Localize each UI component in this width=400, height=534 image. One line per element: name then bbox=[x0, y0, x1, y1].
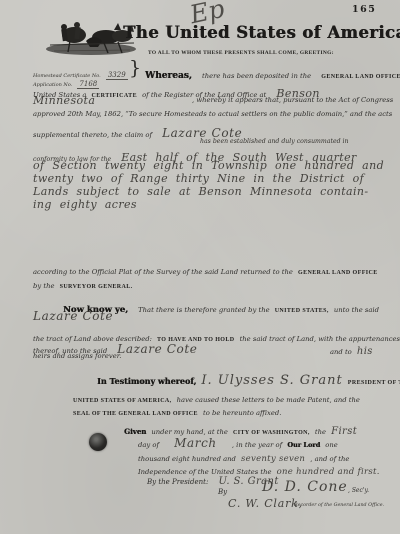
by-president-label: By the President: bbox=[147, 478, 208, 486]
grant-his-hw: his bbox=[357, 346, 373, 357]
recorder-signature: C. W. Clark, bbox=[228, 497, 303, 510]
testimony-line-3: SEAL OF THE GENERAL LAND OFFICE to be he… bbox=[73, 400, 281, 419]
testimony-l3b: to be hereunto affixed. bbox=[203, 409, 281, 417]
whereas-line-6: has been established and duly consummate… bbox=[200, 138, 349, 145]
secretary-title: , Sec'y. bbox=[348, 487, 369, 494]
secretary-signature: D. D. Cone bbox=[262, 479, 348, 495]
grantee-name-1: Lazare Cote bbox=[33, 309, 113, 323]
certificate-number: 3329 bbox=[106, 71, 128, 80]
grant-l1b: UNITED STATES, bbox=[275, 308, 329, 314]
land-description-hw-2: of Section twenty eight in Township one … bbox=[33, 159, 384, 172]
plat-line-2: by the SURVEYOR GENERAL. bbox=[33, 273, 133, 292]
land-description-hw-5: ing eighty acres bbox=[33, 198, 137, 211]
land-description-hw-4: Lands subject to sale at Benson Minnesot… bbox=[33, 185, 369, 198]
whereas-l1a: there has been deposited in the bbox=[202, 72, 311, 80]
given-independence-hw: one hundred and first. bbox=[277, 467, 380, 477]
plat-l2b: SURVEYOR GENERAL. bbox=[60, 284, 133, 290]
whereas-l1b: GENERAL LAND OFFICE bbox=[321, 74, 400, 80]
grant-l1a: That there is therefore granted by the bbox=[138, 306, 269, 314]
president-name-hw: I. Ulysses S. Grant bbox=[201, 373, 342, 388]
whereas-line-1: Whereas, there has been deposited in the… bbox=[145, 63, 400, 82]
testimony-l3a: SEAL OF THE GENERAL LAND OFFICE bbox=[73, 411, 198, 417]
plat-l2a: by the bbox=[33, 282, 54, 290]
grant-l1c: unto the said bbox=[334, 306, 379, 314]
whereas-l2b: CERTIFICATE bbox=[92, 93, 137, 99]
whereas-l5: supplemental thereto, the claim of bbox=[33, 131, 152, 139]
whereas-line-4: approved 20th May, 1862, “To secure Home… bbox=[33, 110, 392, 118]
land-office-seal-icon bbox=[89, 433, 107, 451]
document-subtitle: TO ALL TO WHOM THESE PRESENTS SHALL COME… bbox=[148, 50, 334, 56]
grant-l3b: and to bbox=[330, 348, 352, 356]
testimony-l1b: PRESIDENT OF THE bbox=[348, 380, 400, 386]
president-signature-line: By the President: U. S. Grant bbox=[147, 469, 279, 488]
document-title: The United States of America, bbox=[123, 23, 400, 42]
grant-l2c: the said tract of Land, with the appurte… bbox=[240, 335, 400, 343]
testimony-line-1: In Testimony whereof, I. Ulysses S. Gran… bbox=[97, 369, 400, 388]
whereas-word: Whereas, bbox=[145, 71, 192, 81]
whereas-line-3: , whereby it appears that, pursuant to t… bbox=[192, 96, 393, 104]
grantee-name-2: Lazare Cote bbox=[117, 342, 197, 356]
page-number: 165 bbox=[352, 4, 376, 15]
in-testimony-word: In Testimony whereof, bbox=[97, 376, 196, 386]
grant-line-3-right: and to his bbox=[330, 339, 373, 358]
by-label: By bbox=[218, 488, 227, 496]
land-patent-document: 165 Ep The United States of America, TO … bbox=[0, 0, 400, 534]
recorder-title: Recorder of the General Land Office. bbox=[294, 503, 384, 508]
brace-glyph: } bbox=[129, 57, 141, 79]
plat-l1b: GENERAL LAND OFFICE bbox=[298, 270, 378, 276]
grant-line-4: heirs and assigns forever. bbox=[33, 352, 121, 360]
land-description-hw-3: twenty two of Range thirty Nine in the D… bbox=[33, 172, 364, 185]
land-office-state: Minnesota bbox=[33, 94, 95, 107]
